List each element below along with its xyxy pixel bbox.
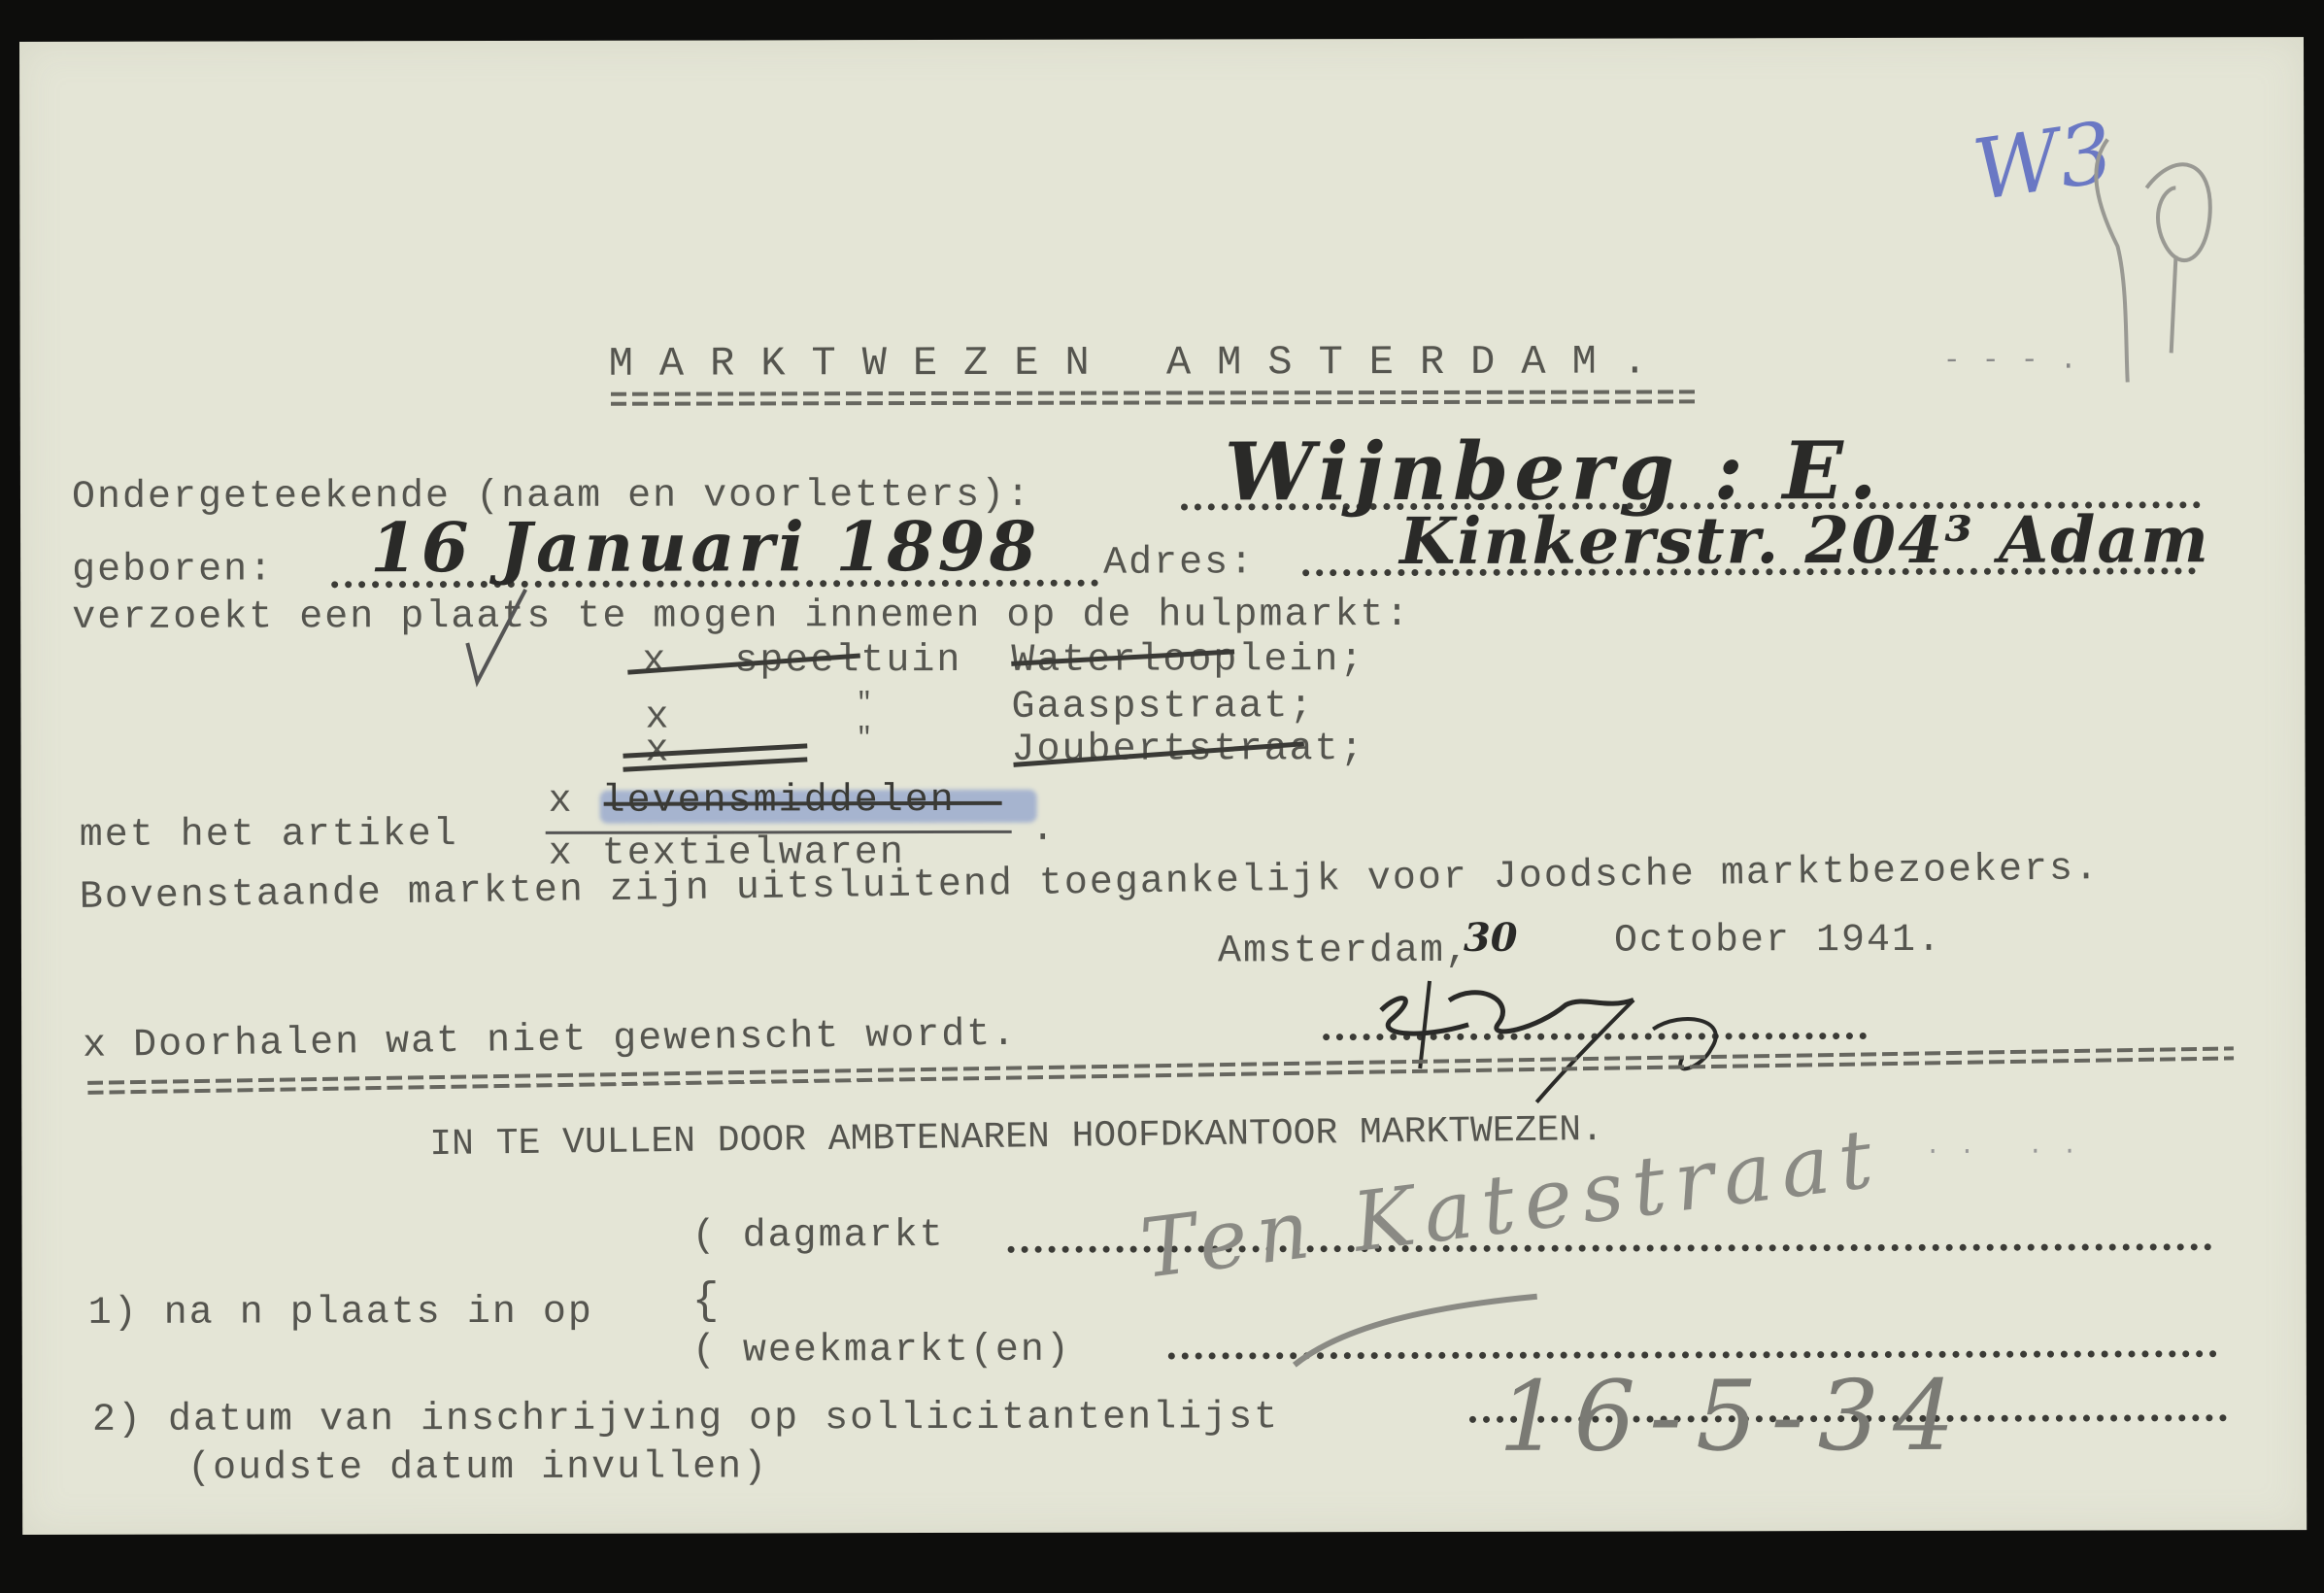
signature-icon <box>1362 970 1905 1107</box>
market-option-1-marker[interactable]: x <box>642 643 667 682</box>
footnote-text: x Doorhalen wat niet gewenscht wordt. <box>83 1016 1018 1067</box>
document-card: W3 MARKTWEZEN AMSTERDAM. - - - . Onderge… <box>19 37 2307 1535</box>
market-option-3-type: " <box>856 726 874 753</box>
item2-sub-label: (oudste datum invullen) <box>187 1448 768 1488</box>
heading-trailing-dots: . . . . <box>1925 1134 2078 1159</box>
market-option-2-type: " <box>856 691 874 718</box>
brace-middle: { <box>692 1275 720 1326</box>
place-text: Amsterdam, <box>1218 932 1470 972</box>
born-value: 16 Januari 1898 <box>370 506 1040 588</box>
item1-label: 1) na n plaats in op <box>88 1294 593 1334</box>
article-end: . <box>1031 811 1057 850</box>
market-option-2-name: Gaaspstraat; <box>1011 688 1314 728</box>
title-trailing-dashes: - - - . <box>1943 347 2079 376</box>
address-label: Adres: <box>1103 544 1255 583</box>
item2-label: 2) datum van inschrijving op sollicitant… <box>92 1399 1279 1440</box>
born-label: geboren: <box>72 551 274 590</box>
notice-text: Bovenstaande markten zijn uitsluitend to… <box>80 850 2101 918</box>
request-text: verzoekt een plaats te mogen innemen op … <box>72 596 1410 638</box>
weekmarkt-label: ( weekmarkt(en) <box>692 1332 1071 1372</box>
day-value: 30 <box>1464 915 1518 961</box>
official-heading: IN TE VULLEN DOOR AMBTENAREN HOOFDKANTOO… <box>429 1112 1603 1164</box>
title-double-underline <box>611 390 1697 405</box>
article-option-1-marker[interactable]: x <box>549 783 574 822</box>
month-year-text: October 1941. <box>1614 922 1942 962</box>
dagmarkt-label: ( dagmarkt <box>692 1217 945 1257</box>
pencil-mark-icon <box>2088 129 2244 411</box>
article-label: met het artikel <box>80 816 458 856</box>
address-value: Kinkerstr. 204³ Adam <box>1399 501 2210 579</box>
strike-levensmiddelen <box>604 801 1002 806</box>
pencil-check-icon <box>457 585 535 692</box>
item2-value: 16-5-34 <box>1499 1359 1969 1474</box>
document-title: MARKTWEZEN AMSTERDAM. <box>609 341 1673 384</box>
